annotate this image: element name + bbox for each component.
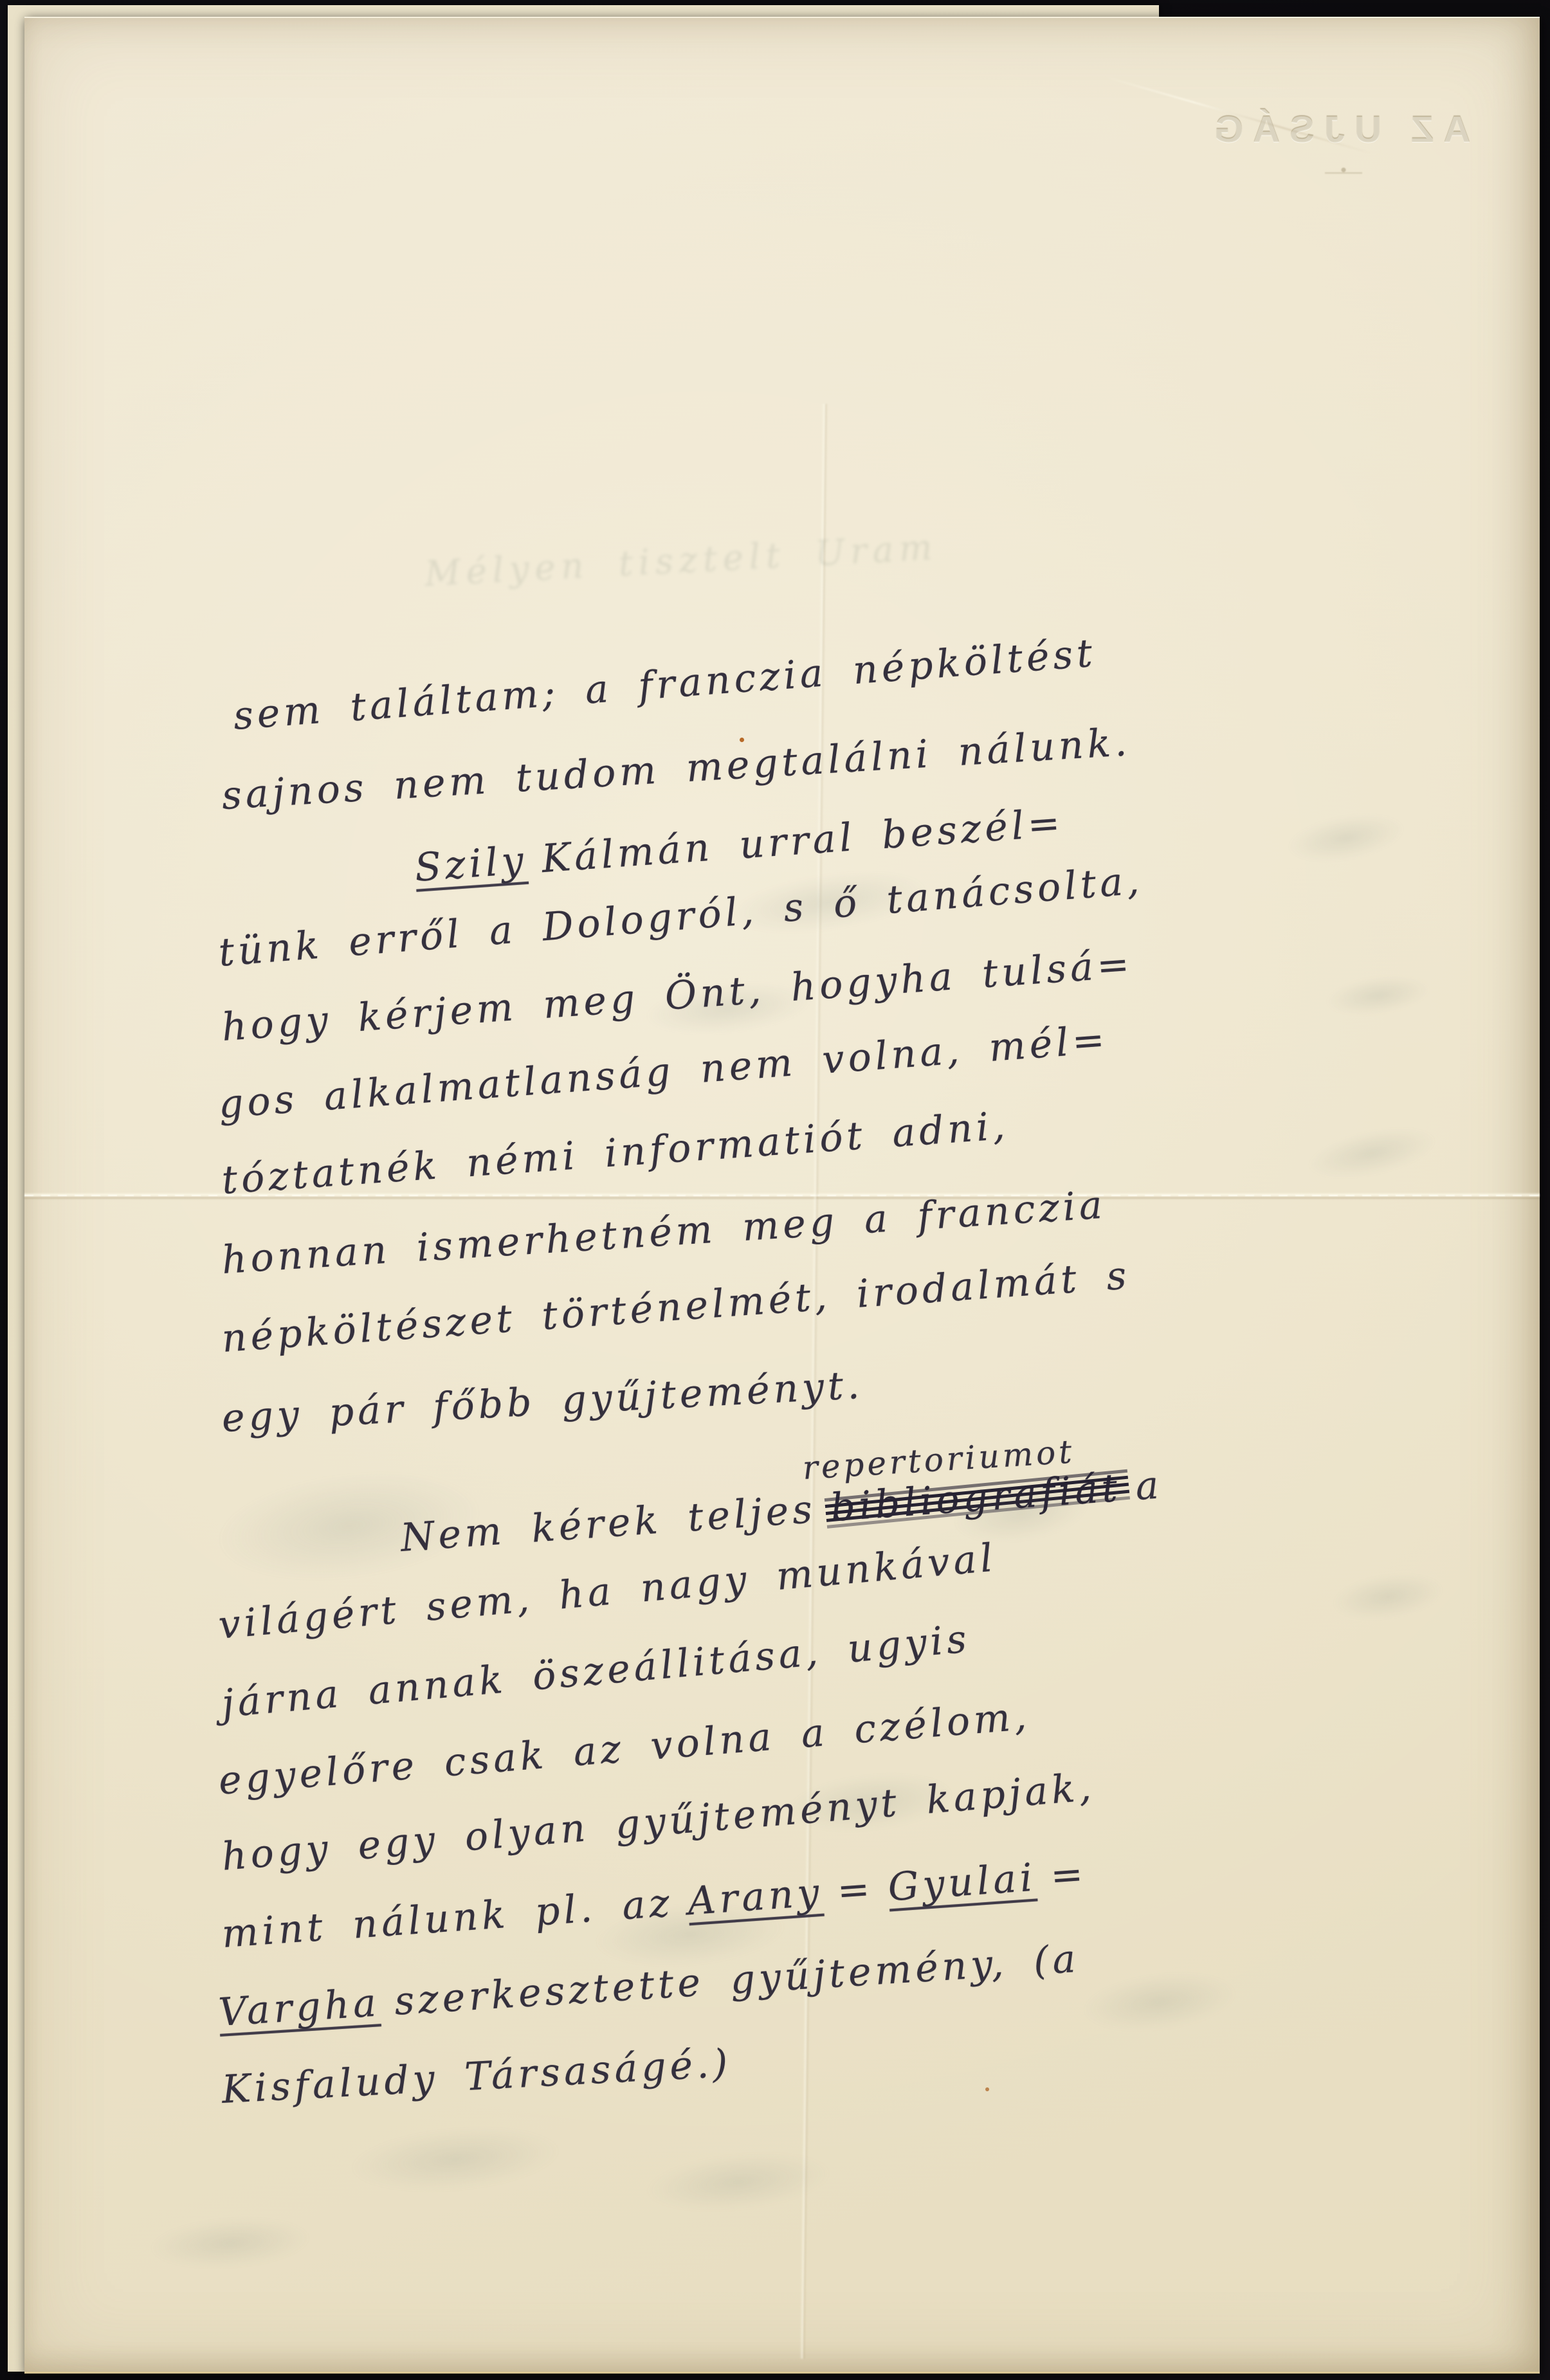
ghost-smudge [1301, 1117, 1443, 1189]
paper-fleck [985, 2087, 989, 2091]
letter-page: AZ UJSÁG Mélyen tisztelt Uram sem talált… [24, 17, 1540, 2374]
underlined-name: Vargha [217, 1980, 381, 2035]
paper-fleck [740, 738, 744, 742]
underlined-name: Szily [414, 838, 529, 891]
ghost-smudge [639, 2143, 837, 2221]
handwritten-line-18: Kisfaludy Társaságé.) [221, 2044, 732, 2109]
letterhead-ornament [1325, 167, 1362, 176]
ghost-smudge [1076, 1963, 1243, 2040]
ghost-smudge [145, 2212, 316, 2275]
handwritten-line-02: sajnos nem tudom megtalálni nálunk. [221, 723, 1131, 815]
handwritten-line-10: egy pár főbb gyűjteményt. [221, 1366, 864, 1438]
line-text: a [1134, 1462, 1164, 1509]
underlined-name: Gyulai [886, 1855, 1037, 1911]
ghost-opening-line: Mélyen tisztelt Uram [424, 527, 939, 594]
handwritten-line-11: Nem kérek teljesbibliografiáta [399, 1466, 1163, 1558]
ghost-smudge [343, 2118, 567, 2201]
line-text: = [836, 1866, 875, 1914]
underlined-name: Arany [686, 1870, 825, 1925]
line-text: = [1049, 1851, 1088, 1899]
ghost-smudge [1327, 1567, 1448, 1627]
handwritten-line-01: sem találtam; a franczia népköltést [232, 634, 1097, 736]
ghost-smudge [1282, 805, 1410, 871]
handwritten-line-07: tóztatnék némi informatiót adni, [221, 1107, 1010, 1200]
ghost-smudge [1322, 968, 1436, 1022]
